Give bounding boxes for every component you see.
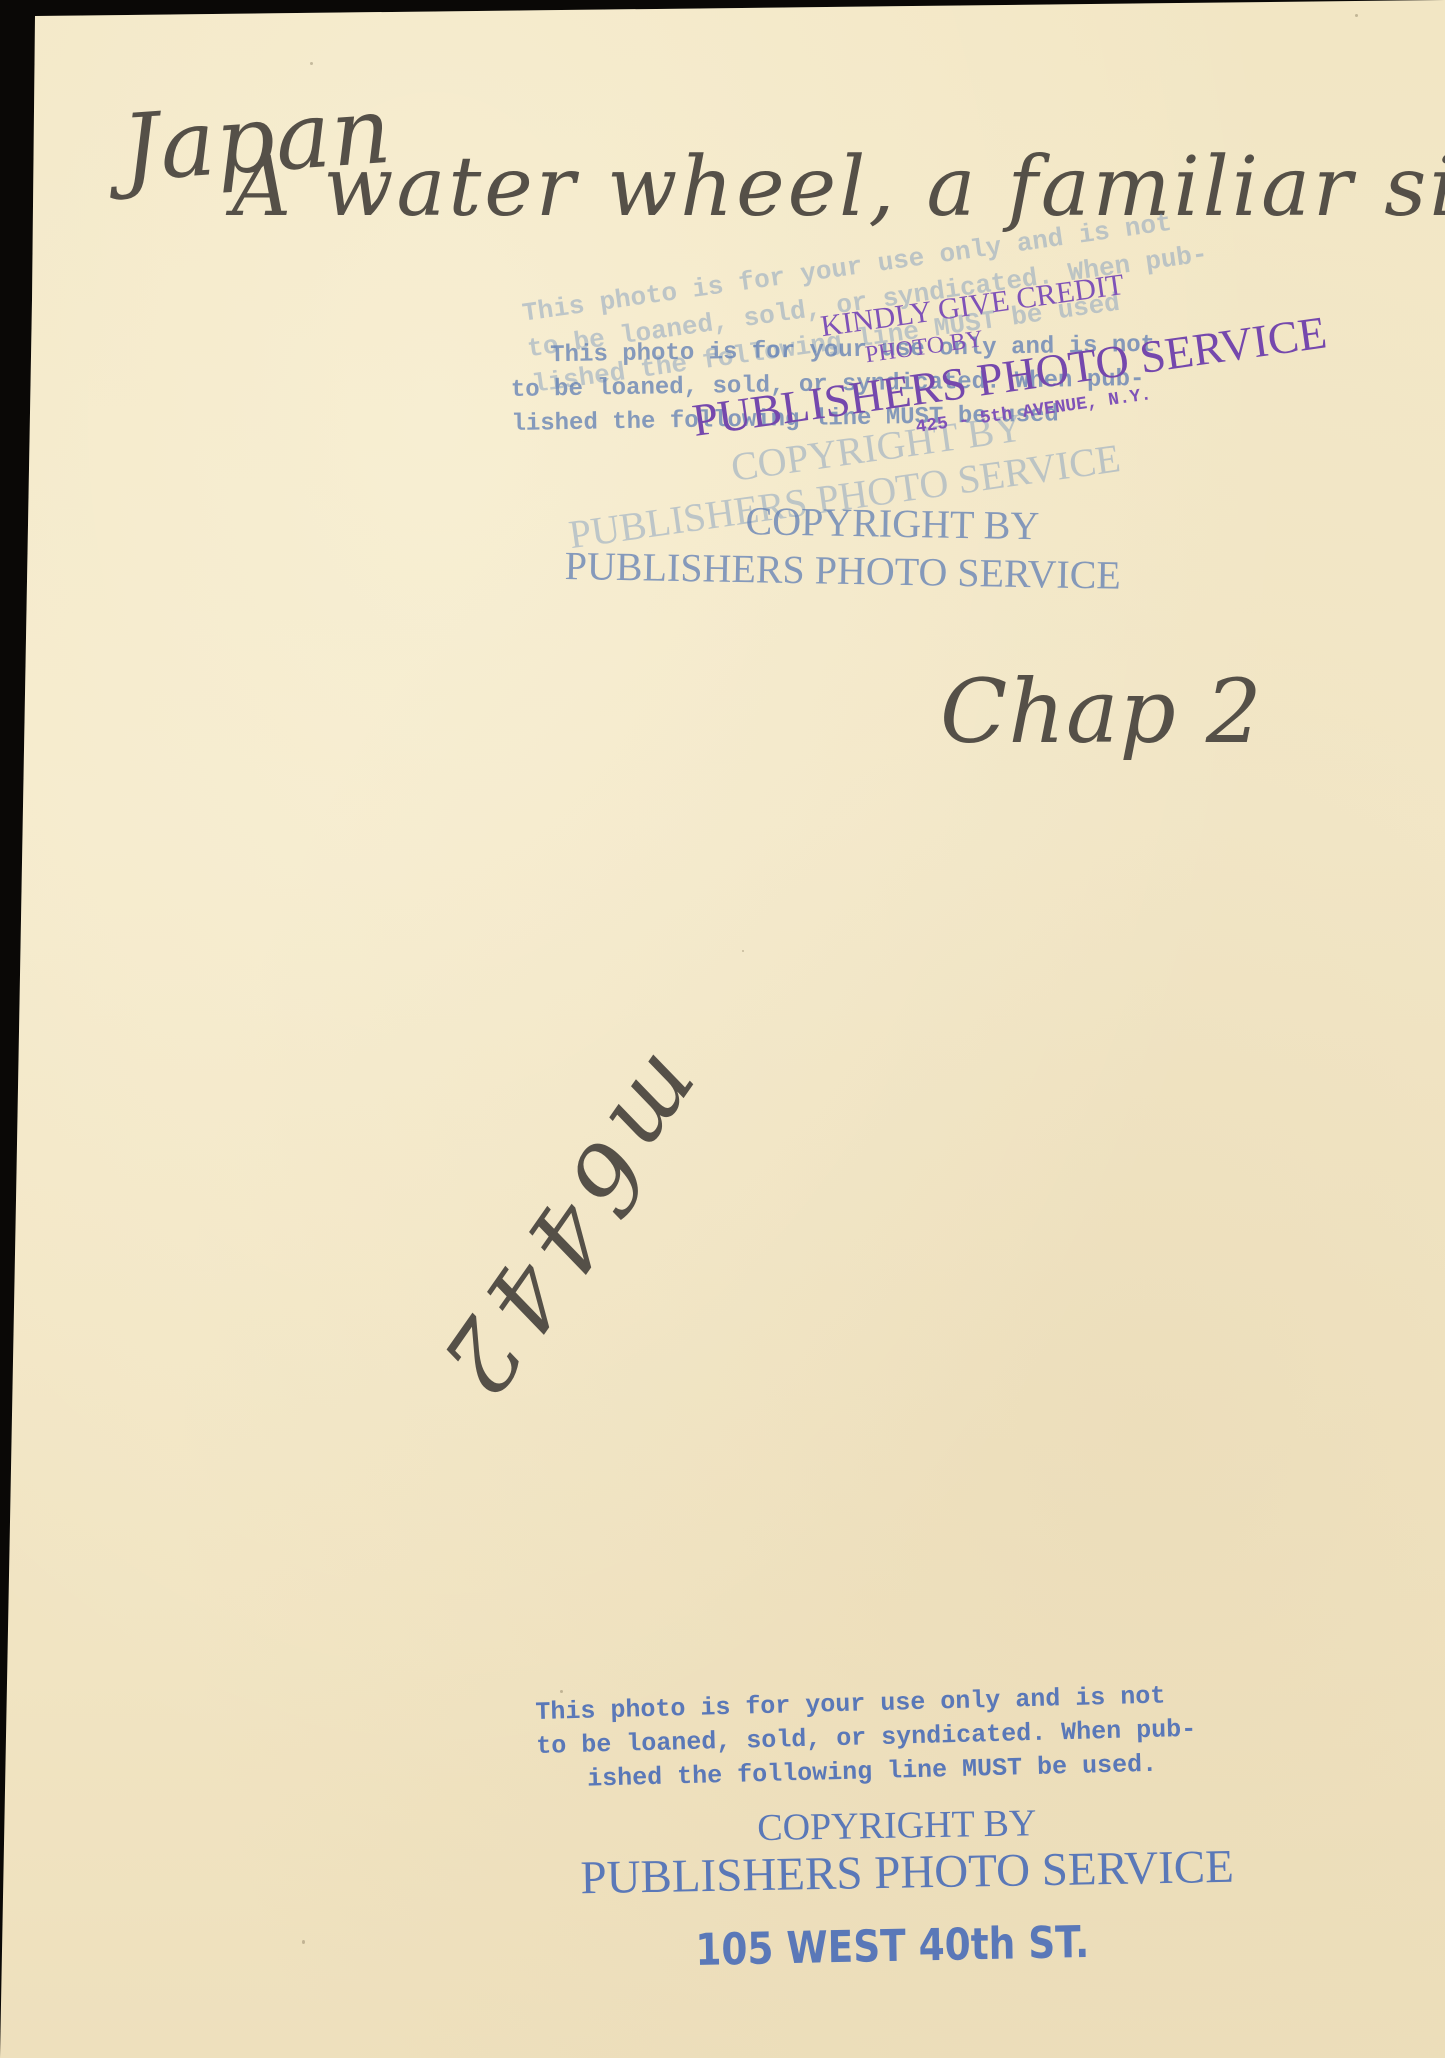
publisher-line: PUBLISHERS PHOTO SERVICE <box>564 542 1121 600</box>
photo-back-paper: Japan A water wheel, a familiar sight in… <box>0 0 1445 2058</box>
handwritten-chapter-note: Chap 2 <box>940 660 1263 763</box>
address-line: 105 WEST 40th ST. <box>695 1917 1153 1976</box>
handwritten-caption: A water wheel, a familiar sight in Japan <box>232 140 1445 235</box>
paper-speck <box>310 62 313 65</box>
lower-usage-copyright-stamp: This photo is for your use only and is n… <box>535 1696 1233 1976</box>
handwritten-inverted-number: m6442 <box>411 1036 730 1424</box>
paper-speck <box>742 950 744 952</box>
publisher-line: PUBLISHERS PHOTO SERVICE <box>535 1842 1234 1904</box>
paper-speck <box>302 1940 305 1944</box>
upper-copyright-stamp: COPYRIGHT BY PUBLISHERS PHOTO SERVICE <box>564 494 1122 600</box>
paper-speck <box>560 1690 563 1693</box>
paper-speck <box>1355 14 1358 17</box>
